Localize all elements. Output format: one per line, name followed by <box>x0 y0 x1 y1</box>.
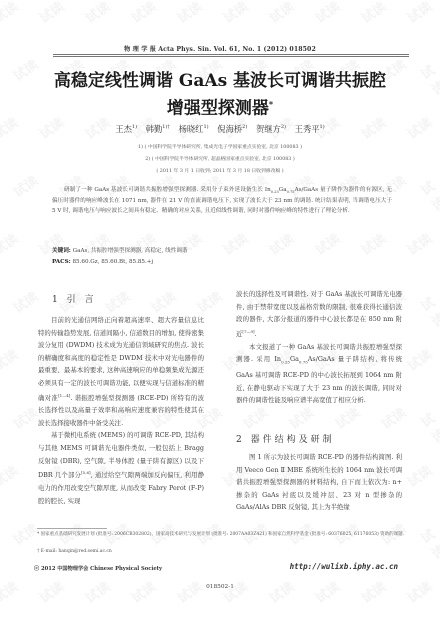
watermark-text: 试读 <box>9 170 41 200</box>
citation: [1—4] <box>58 393 70 398</box>
watermark-text: 试读 <box>403 228 435 258</box>
page-number: 018502-1 <box>0 584 440 590</box>
pacs-label: PACS: <box>52 259 71 265</box>
author-list: 王杰1) 韩勤1)† 杨晓红1) 倪海桥2) 贺继方2) 王秀平1) <box>0 123 440 135</box>
author: 杨晓红1) <box>179 124 209 134</box>
citation: [5,6] <box>81 470 90 475</box>
watermark-text: 试读 <box>416 407 440 446</box>
pacs: PACS: 85.60.Gz, 85.60.Bt, 85.85.+j <box>52 259 153 265</box>
section-heading-1: 1 引 言 <box>52 292 96 305</box>
watermark-text: 试读 <box>285 402 317 432</box>
right-column-continued: 图 1 所示为波长可调谐 RCE-PD 的器件结构简图. 利用 Veeco Ge… <box>236 451 402 514</box>
paper-title: 高稳定线性调谐 GaAs 基波长可调谐共振腔 增强型探测器* <box>0 70 440 121</box>
watermark-text: 试读 <box>219 0 251 27</box>
watermark-text: 试读 <box>0 460 21 490</box>
right-column: 波长的选择性及可调谐性. 对于 GaAs 基波长可调谐光电器件, 由于禁带宽度以… <box>236 288 402 407</box>
paragraph: 波长的选择性及可调谐性. 对于 GaAs 基波长可调谐光电器件, 由于禁带宽度以… <box>236 288 402 341</box>
pacs-value: 85.60.Gz, 85.60.Bt, 85.85.+j <box>72 259 153 265</box>
watermark-text: 试读 <box>0 576 21 606</box>
author: 王秀平1) <box>295 124 325 134</box>
title-line-2: 增强型探测器* <box>0 93 440 121</box>
citation: [7—9] <box>242 329 254 334</box>
watermark-text: 试读 <box>127 576 159 606</box>
author: 韩勤1)† <box>146 124 170 134</box>
title-footnote-mark: * <box>269 99 273 109</box>
watermark-text: 试读 <box>35 0 67 27</box>
watermark-text: 试读 <box>311 228 343 258</box>
watermark-text: 试读 <box>219 228 251 258</box>
paragraph: 基于微机电系统 (MEMS) 的可调谐 RCE-PD, 其结构与其他 MEMS … <box>38 429 204 507</box>
watermark-text: 试读 <box>127 0 159 27</box>
watermark-text: 试读 <box>193 286 225 316</box>
footnote-email: † E-mail: hanqin@red.semi.ac.cn <box>37 548 407 556</box>
running-head: 物 理 学 报 Acta Phys. Sin. Vol. 61, No. 1 (… <box>0 44 440 53</box>
watermark-text: 试读 <box>35 228 67 258</box>
watermark-text: 试读 <box>357 0 389 27</box>
keywords-value: GaAs, 共振腔增强型探测器, 高稳定, 线性调谐 <box>73 248 188 254</box>
author: 贺继方2) <box>256 124 286 134</box>
title-line-1: 高稳定线性调谐 GaAs 基波长可调谐共振腔 <box>0 70 440 93</box>
author: 倪海桥2) <box>217 124 247 134</box>
watermark-text: 试读 <box>239 402 271 432</box>
watermark-text: 试读 <box>219 576 251 606</box>
watermark-text: 试读 <box>403 460 435 490</box>
affiliation-1: 1) ( 中国科学院半导体研究所, 集成光电子学国家重点实验室, 北京 1000… <box>0 143 440 150</box>
watermark-text: 试读 <box>311 0 343 27</box>
affiliation-2: 2) ( 中国科学院半导体研究所, 超晶格国家重点实验室, 北京 100083 … <box>0 155 440 162</box>
watermark-text: 试读 <box>173 576 205 606</box>
footnote-funding: * 国家重点基础研究发展计划 (批准号: 2006CB302802)、国家高技术… <box>37 531 407 539</box>
watermark-text: 试读 <box>0 0 21 27</box>
watermark-text: 试读 <box>0 228 21 258</box>
watermark-text: 试读 <box>81 0 113 27</box>
footnote-rule <box>37 528 107 529</box>
watermark-text: 试读 <box>9 286 41 316</box>
keywords: 关键词: GaAs, 共振腔增强型探测器, 高稳定, 线性调谐 <box>52 246 188 254</box>
watermark-text: 试读 <box>331 402 363 432</box>
watermark-text: 试读 <box>35 576 67 606</box>
watermark-text: 试读 <box>81 228 113 258</box>
abstract: 研制了一种 GaAs 基波长可调谐共振腔增强型探测器. 采用分子束外延设备生长 … <box>52 186 392 216</box>
received-date: ( 2011 年 3 月 1 日收到; 2011 年 3 月 18 日收到修改稿… <box>0 167 440 174</box>
watermark-text: 试读 <box>9 402 41 432</box>
watermark-text: 试读 <box>403 0 435 27</box>
author: 王杰1) <box>115 124 137 134</box>
paragraph: 本文报道了一种 GaAs 基波长可调谐共振腔增强型探测器. 采用 In0.25G… <box>236 341 402 407</box>
watermark-text: 试读 <box>0 344 21 374</box>
watermark-text: 试读 <box>416 175 440 214</box>
watermark-text: 试读 <box>416 523 440 562</box>
header-rule <box>53 54 409 57</box>
watermark-text: 试读 <box>101 286 133 316</box>
left-column: 目前的光通信网络正向着超高速率、超大容量信息比特的传输趋势发展, 信道间隔小, … <box>38 314 204 507</box>
section-heading-2: 2 器件结构及研制 <box>236 432 335 445</box>
watermark-text: 试读 <box>357 228 389 258</box>
watermark-text: 试读 <box>265 576 297 606</box>
watermark-text: 试读 <box>403 576 435 606</box>
watermark-text: 试读 <box>147 286 179 316</box>
watermark-text: 试读 <box>311 576 343 606</box>
paragraph: 目前的光通信网络正向着超高速率、超大容量信息比特的传输趋势发展, 信道间隔小, … <box>38 314 204 429</box>
watermark-text: 试读 <box>127 228 159 258</box>
watermark-text: 试读 <box>81 576 113 606</box>
watermark-text: 试读 <box>265 0 297 27</box>
keywords-label: 关键词: <box>52 248 71 254</box>
watermark-text: 试读 <box>357 576 389 606</box>
watermark-text: 试读 <box>173 0 205 27</box>
watermark-text: 试读 <box>377 402 409 432</box>
watermark-text: 试读 <box>403 344 435 374</box>
watermark-text: 试读 <box>173 228 205 258</box>
copyright: ⓒ 2012 中国物理学会 Chinese Physical Society <box>34 565 162 572</box>
paragraph: 图 1 所示为波长可调谐 RCE-PD 的器件结构简图. 利用 Veeco Ge… <box>236 451 402 514</box>
watermark-text: 试读 <box>265 228 297 258</box>
watermark-text: 试读 <box>416 291 440 330</box>
journal-url[interactable]: http://wulixb.iphy.ac.cn <box>290 562 398 571</box>
